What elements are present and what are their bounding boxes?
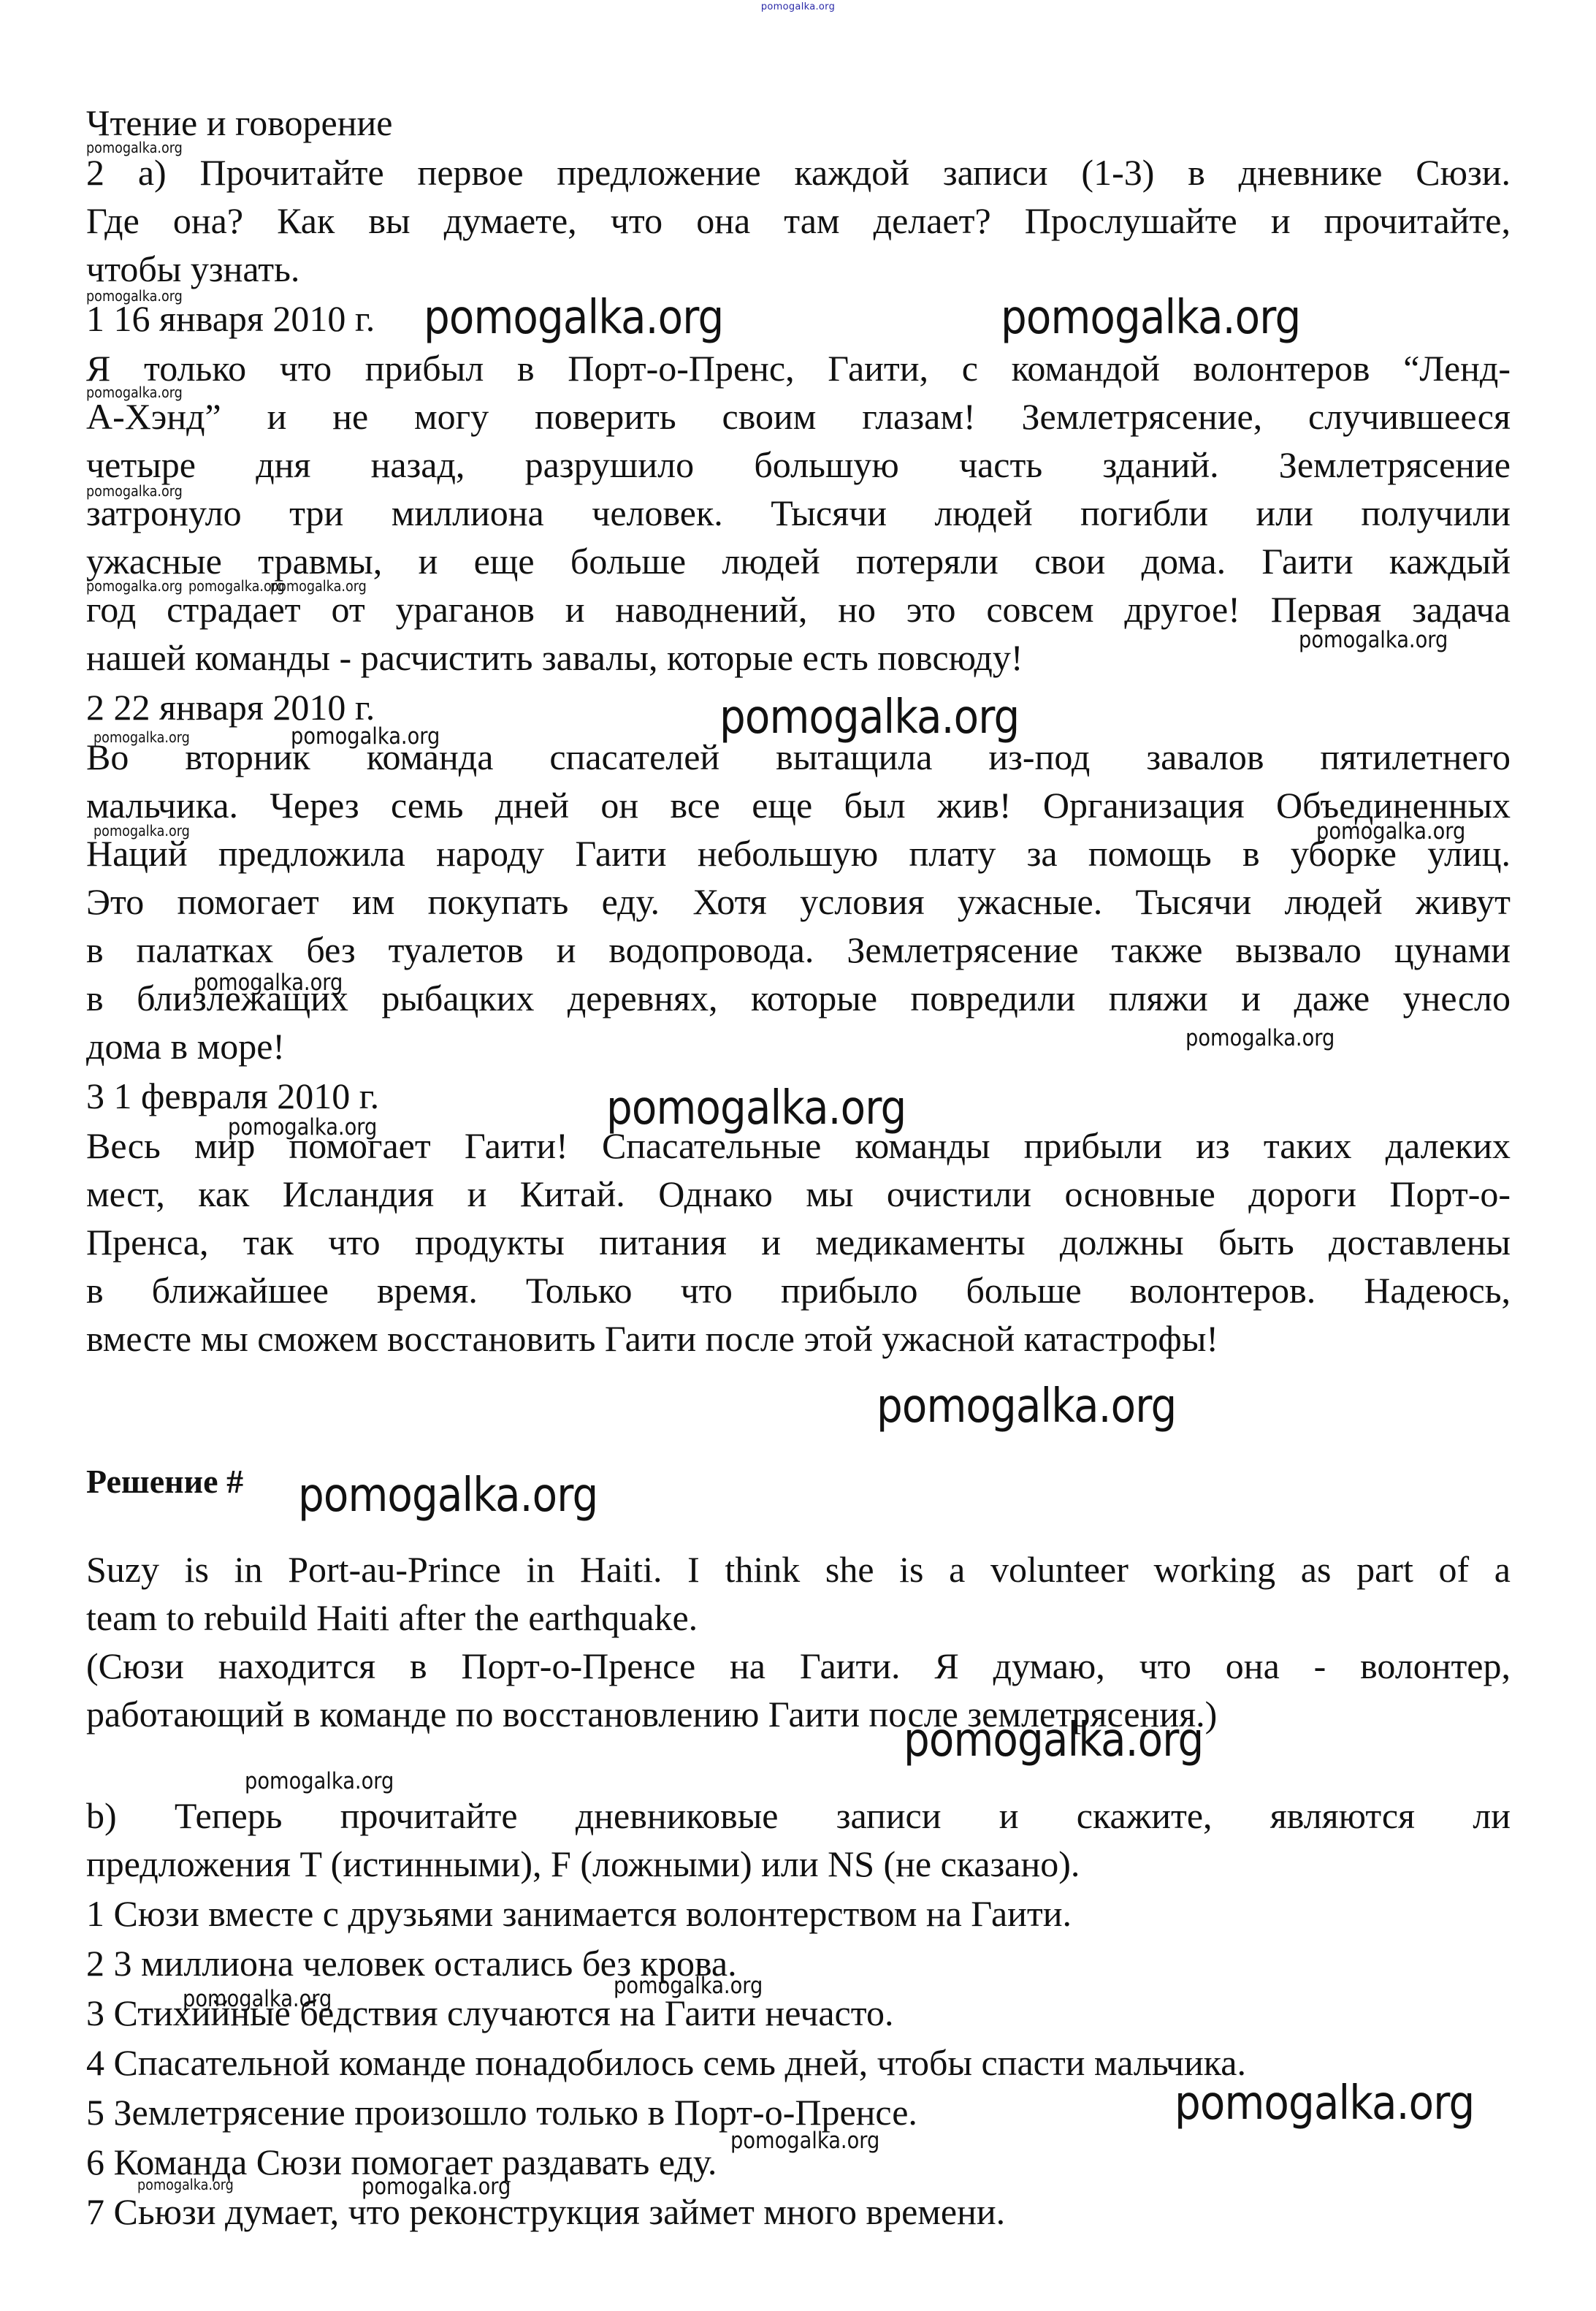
entry-line: А-Хэнд” и не могу поверить своим глазам!… (86, 392, 1511, 441)
entry-line: в палатках без туалетов и водопровода. З… (86, 926, 1511, 974)
watermark: pomogalka.org (270, 577, 367, 595)
document-page: pomogalka.org Чтение и говорение 2 a) Пр… (0, 0, 1596, 2311)
watermark: pomogalka.org (291, 723, 440, 750)
watermark: pomogalka.org (86, 287, 183, 305)
watermark: pomogalka.org (1175, 2076, 1474, 2131)
watermark: pomogalka.org (362, 2174, 511, 2200)
entry-line: нашей команды - расчистить завалы, котор… (86, 633, 1511, 682)
entry-line: вместе мы сможем восстановить Гаити посл… (86, 1314, 1511, 1363)
watermark: pomogalka.org (245, 1768, 394, 1794)
watermark: pomogalka.org (86, 384, 183, 401)
watermark: pomogalka.org (1316, 818, 1465, 845)
statement: 7 Сьюзи думает, что реконструкция займет… (86, 2188, 1511, 2236)
watermark: pomogalka.org (730, 2128, 879, 2154)
watermark: pomogalka.org (93, 728, 190, 746)
watermark: pomogalka.org (424, 291, 723, 345)
watermark: pomogalka.org (298, 1469, 597, 1523)
entry-line: в ближайшее время. Только что прибыло бо… (86, 1266, 1511, 1314)
task-a-line: 2 a) Прочитайте первое предложение каждо… (86, 148, 1511, 197)
task-a-line: Где она? Как вы думаете, что она там дел… (86, 197, 1511, 245)
answer-line: team to rebuild Haiti after the earthqua… (86, 1594, 1511, 1642)
watermark: pomogalka.org (719, 690, 1019, 745)
watermark: pomogalka.org (606, 1081, 906, 1135)
statement: 2 3 миллиона человек остались без крова. (86, 1939, 1511, 1987)
entry-line: Это помогает им покупать еду. Хотя услов… (86, 877, 1511, 926)
entry-line: Наций предложила народу Гаити небольшую … (86, 829, 1511, 877)
entry-line: затронуло три миллиона человек. Тысячи л… (86, 489, 1511, 537)
task-b-line: предложения T (истинными), F (ложными) и… (86, 1840, 1511, 1888)
answer-line: Suzy is in Port-au-Prince in Haiti. I th… (86, 1545, 1511, 1594)
section-title: Чтение и говорение (86, 99, 1511, 147)
watermark: pomogalka.org (614, 1973, 763, 1999)
watermark: pomogalka.org (228, 1114, 377, 1141)
entry-line: Я только что прибыл в Порт-о-Пренс, Гаит… (86, 344, 1511, 392)
watermark: pomogalka.org (904, 1713, 1203, 1767)
task-b-line: b) Теперь прочитайте дневниковые записи … (86, 1792, 1511, 1840)
watermark: pomogalka.org (1001, 291, 1300, 345)
watermark: pomogalka.org (877, 1379, 1176, 1434)
watermark: pomogalka.org (86, 139, 183, 156)
entry-line: мест, как Исландия и Китай. Однако мы оч… (86, 1170, 1511, 1218)
answer-line: (Сюзи находится в Порт-о-Пренсе на Гаити… (86, 1642, 1511, 1690)
statement: 1 Сюзи вместе с друзьями занимается воло… (86, 1889, 1511, 1938)
watermark: pomogalka.org (137, 2176, 234, 2193)
entry-line: четыре дня назад, разрушило большую част… (86, 441, 1511, 489)
task-a-line: чтобы узнать. (86, 245, 1511, 293)
watermark: pomogalka.org (86, 482, 183, 500)
answer-line: работающий в команде по восстановлению Г… (86, 1690, 1511, 1738)
watermark: pomogalka.org (93, 822, 190, 840)
watermark: pomogalka.org (1185, 1025, 1335, 1051)
watermark: pomogalka.org (86, 577, 183, 595)
watermark: pomogalka.org (1299, 627, 1448, 653)
entry-line: мальчика. Через семь дней он все еще был… (86, 781, 1511, 829)
watermark: pomogalka.org (194, 970, 343, 996)
top-watermark: pomogalka.org (0, 1, 1596, 12)
watermark: pomogalka.org (183, 1986, 332, 2012)
entry-line: Пренса, так что продукты питания и медик… (86, 1218, 1511, 1266)
